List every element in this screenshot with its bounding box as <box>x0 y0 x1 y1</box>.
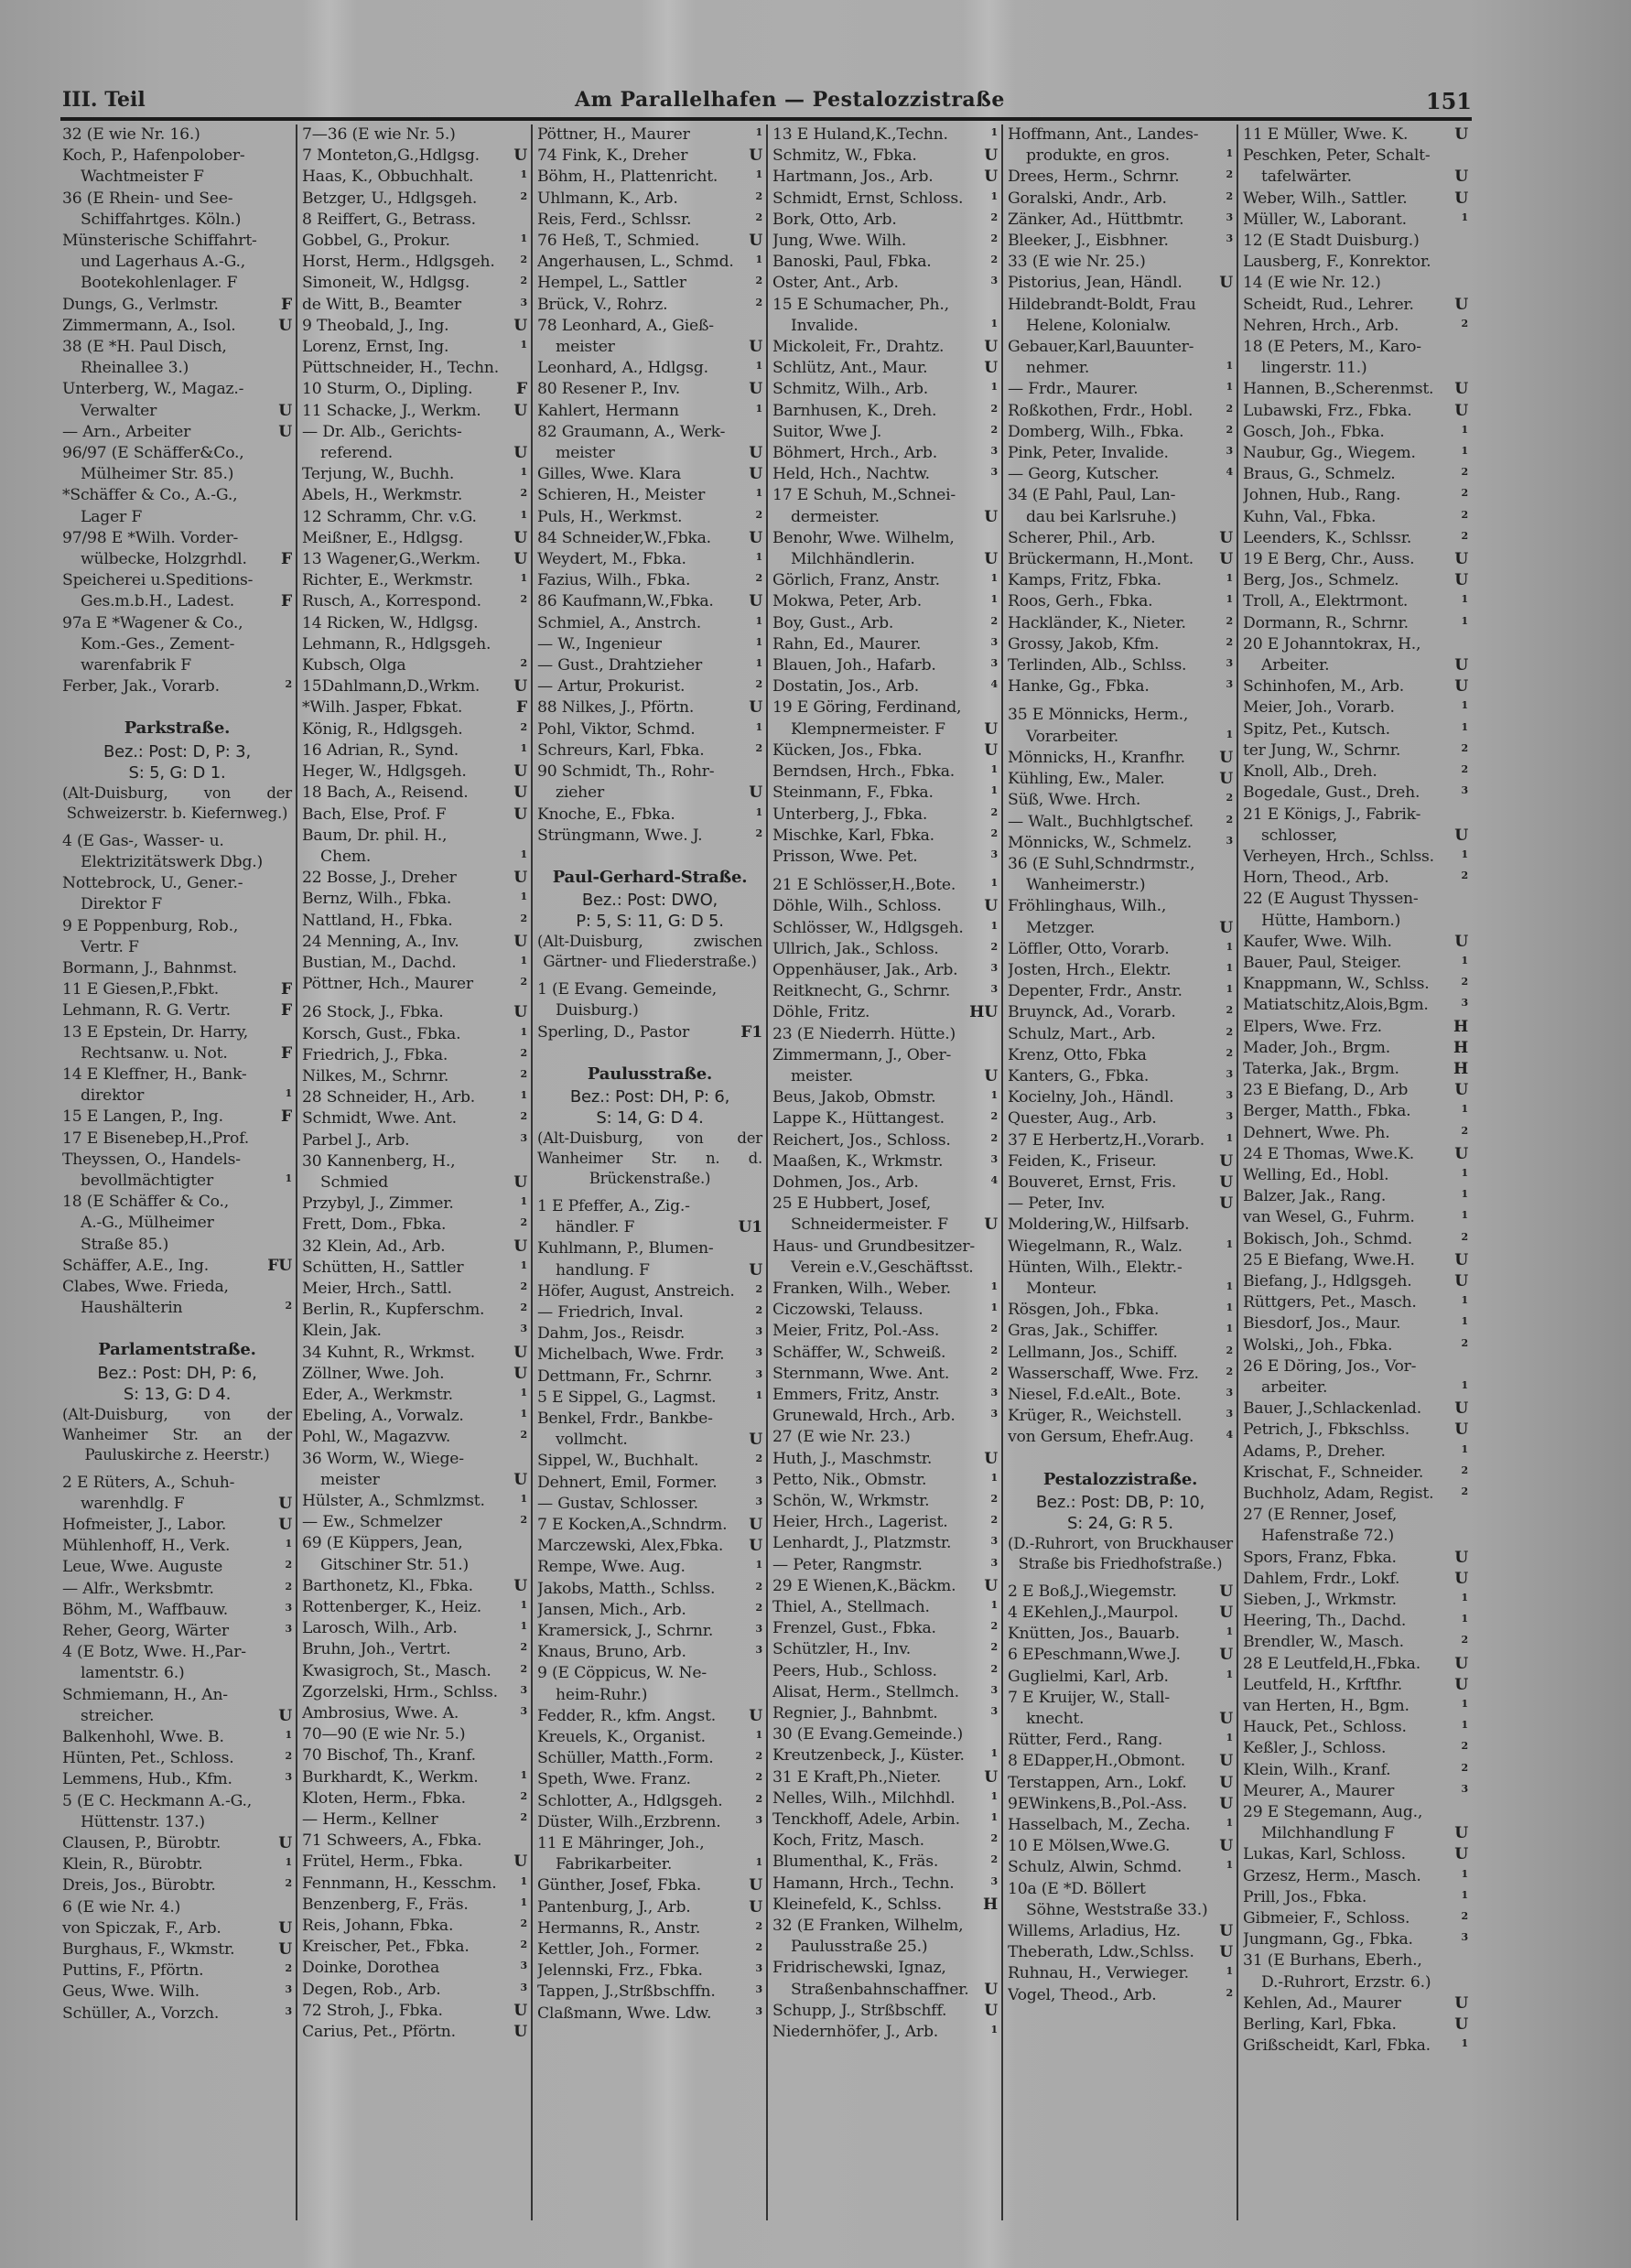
floor-marker: U <box>984 2001 998 2022</box>
floor-marker: 1 <box>756 1557 762 1575</box>
directory-entry: 7 Monteton,G.,Hdlgsg.U <box>302 146 527 167</box>
directory-entry: Brückermann, H.,Mont.U <box>1008 549 1233 570</box>
floor-marker: 2 <box>991 1831 998 1849</box>
floor-marker: U <box>984 719 998 740</box>
directory-entry: Tenckhoff, Adele, Arbin.1 <box>772 1809 998 1831</box>
entry-text: 18 (E Schäffer & Co., <box>62 1193 229 1211</box>
entry-text: Dehnert, Wwe. Ph. <box>1243 1124 1390 1142</box>
entry-text: Hamann, Hrch., Techn. <box>772 1874 954 1893</box>
floor-marker: 3 <box>991 1703 998 1722</box>
directory-entry: — W., Ingenieur1 <box>537 634 762 655</box>
page-number: 151 <box>1426 88 1472 114</box>
floor-marker: 2 <box>1226 634 1233 653</box>
directory-entry: Leue, Wwe. Auguste2 <box>62 1557 292 1578</box>
entry-text: Jelennski, Frz., Fbka. <box>537 1961 703 1980</box>
directory-entry: Sieben, J., Wrkmstr.1 <box>1243 1590 1468 1611</box>
entry-text: Wanheimerstr.) <box>1026 876 1145 894</box>
directory-entry: — Peter, Inv.U <box>1008 1193 1233 1215</box>
entry-text: — Gustav, Schlosser. <box>537 1495 698 1513</box>
directory-entry: 31 E Kraft,Ph.,Nieter.U <box>772 1767 998 1788</box>
directory-entry: Brück, V., Rohrz.2 <box>537 295 762 316</box>
entry-text: Höfer, August, Anstreich. <box>537 1282 735 1301</box>
entry-text: Dormann, R., Schrnr. <box>1243 614 1409 632</box>
directory-entry: Mülheimer Str. 85.) <box>62 464 292 485</box>
floor-marker: U <box>749 337 762 358</box>
directory-entry: Heier, Hrch., Lagerist.2 <box>772 1512 998 1533</box>
directory-entry: Fazius, Wilh., Fbka.2 <box>537 570 762 591</box>
directory-entry: Lehmann, R., Hdlgsgeh. <box>302 634 527 655</box>
entry-text: Frütel, Herm., Fbka. <box>302 1852 463 1871</box>
floor-marker: U <box>1454 167 1468 188</box>
floor-marker: 2 <box>521 655 527 674</box>
directory-entry: — Peter, Rangmstr.3 <box>772 1555 998 1576</box>
entry-text: Fazius, Wilh., Fbka. <box>537 571 690 589</box>
directory-entry: Bleeker, J., Eisbhner.3 <box>1008 231 1233 252</box>
directory-entry: Bootekohlenlager. F <box>62 273 292 294</box>
directory-entry: Lorenz, Ernst, Ing.1 <box>302 337 527 358</box>
directory-entry: Schlotter, A., Hdlgsgeh.2 <box>537 1791 762 1812</box>
directory-entry: Hoffmann, Ant., Landes- <box>1008 124 1233 146</box>
floor-marker: 1 <box>521 1491 527 1509</box>
floor-marker: 2 <box>756 273 762 291</box>
entry-text: 11 Schacke, J., Werkm. <box>302 402 481 420</box>
directory-entry: Eder, A., Werkmstr.1 <box>302 1385 527 1406</box>
floor-marker: U <box>984 146 998 167</box>
directory-entry: Kreuels, K., Organist.1 <box>537 1727 762 1748</box>
entry-text: Hasselbach, M., Zecha. <box>1008 1816 1191 1834</box>
directory-entry: 4 EKehlen,J.,Maurpol.U <box>1008 1603 1233 1624</box>
floor-marker: 2 <box>1462 1463 1468 1481</box>
directory-entry: Claßmann, Wwe. Ldw.3 <box>537 2003 762 2025</box>
directory-entry: Schulz, Mart., Arb.2 <box>1008 1024 1233 1045</box>
entry-text: Mickoleit, Fr., Drahtz. <box>772 338 944 356</box>
entry-text: 25 E Hubbert, Josef, <box>772 1194 931 1213</box>
entry-text: Kettler, Joh., Former. <box>537 1940 699 1959</box>
entry-text: meister <box>556 338 615 356</box>
floor-marker: 2 <box>1462 464 1468 482</box>
entry-text: Hünten, Wilh., Elektr.- <box>1008 1258 1183 1277</box>
entry-text: Barthonetz, Kl., Fbka. <box>302 1577 473 1595</box>
directory-entry: Reichert, Jos., Schloss.2 <box>772 1130 998 1151</box>
entry-text: Grossy, Jakob, Kfm. <box>1008 635 1159 653</box>
entry-text: Lubawski, Frz., Fbka. <box>1243 402 1412 420</box>
floor-marker: 2 <box>756 1918 762 1937</box>
entry-text: 36 (E Suhl,Schndrmstr., <box>1008 855 1194 873</box>
floor-marker: 2 <box>521 911 527 929</box>
floor-marker: U <box>984 1767 998 1788</box>
directory-entry: Rütter, Ferd., Rang.1 <box>1008 1730 1233 1751</box>
floor-marker: U <box>1454 1271 1468 1292</box>
floor-marker: 3 <box>521 1980 527 1998</box>
entry-text: Kramersick, J., Schrnr. <box>537 1622 713 1640</box>
entry-text: 26 E Döring, Jos., Vor- <box>1243 1357 1416 1376</box>
directory-entry: bevollmächtigter1 <box>62 1171 292 1192</box>
entry-text: 71 Schweers, A., Fbka. <box>302 1831 481 1850</box>
entry-text: Buchholz, Adam, Regist. <box>1243 1485 1433 1503</box>
directory-entry: 12 (E Stadt Duisburg.) <box>1243 231 1468 252</box>
directory-entry: Zöllner, Wwe. Joh.U <box>302 1364 527 1385</box>
entry-text: Kuhn, Val., Fbka. <box>1243 508 1376 526</box>
entry-text: warenhdlg. F <box>81 1495 184 1513</box>
entry-text: Sieben, J., Wrkmstr. <box>1243 1591 1397 1609</box>
entry-text: Braus, G., Schmelz. <box>1243 465 1396 483</box>
directory-entry: König, R., Hdlgsgeh.2 <box>302 719 527 740</box>
floor-marker: U <box>513 528 527 549</box>
floor-marker: U <box>278 1706 292 1727</box>
entry-text: Brückermann, H.,Mont. <box>1008 550 1194 568</box>
directory-entry: Wiegelmann, R., Walz.1 <box>1008 1237 1233 1258</box>
entry-text: Oppenhäuser, Jak., Arb. <box>772 961 957 979</box>
entry-text: Elektrizitätswerk Dbg.) <box>81 853 263 871</box>
entry-text: ter Jung, W., Schrnr. <box>1243 741 1400 760</box>
floor-marker: 1 <box>1226 591 1233 610</box>
entry-text: — Peter, Rangmstr. <box>772 1556 923 1574</box>
floor-marker: 3 <box>991 1874 998 1892</box>
directory-entry: Höfer, August, Anstreich.2 <box>537 1281 762 1302</box>
directory-entry: Knappmann, W., Schlss.2 <box>1243 974 1468 995</box>
directory-entry: 86 Kaufmann,W.,Fbka.U <box>537 591 762 612</box>
directory-entry: Rüttgers, Pet., Masch.1 <box>1243 1292 1468 1313</box>
floor-marker: 1 <box>286 1854 292 1873</box>
floor-marker: 1 <box>1462 1866 1468 1885</box>
floor-marker: 1 <box>521 231 527 249</box>
floor-marker: 1 <box>1462 1611 1468 1629</box>
entry-text: Püttschneider, H., Techn. <box>302 359 499 377</box>
floor-marker: 1 <box>1226 1963 1233 1982</box>
directory-entry: Niesel, F.d.eAlt., Bote.3 <box>1008 1385 1233 1406</box>
directory-entry: Berling, Karl, Fbka.U <box>1243 2014 1468 2036</box>
directory-entry: Schinhofen, M., Arb.U <box>1243 676 1468 697</box>
directory-entry: Koch, P., Hafenpolober- <box>62 146 292 167</box>
floor-marker: 2 <box>286 1748 292 1766</box>
directory-entry: Pöttner, H., Maurer1 <box>537 124 762 146</box>
entry-text: Roßkothen, Frdr., Hobl. <box>1008 402 1193 420</box>
floor-marker: U <box>1454 379 1468 400</box>
directory-entry: Invalide.1 <box>772 316 998 337</box>
entry-text: Scherer, Phil., Arb. <box>1008 529 1155 547</box>
directory-entry: 35 E Mönnicks, Herm., <box>1008 705 1233 726</box>
directory-entry: Ciczowski, Telauss.1 <box>772 1300 998 1321</box>
directory-entry: Pohl, Viktor, Schmd.1 <box>537 719 762 740</box>
directory-entry: van Herten, H., Bgm.1 <box>1243 1696 1468 1717</box>
entry-text: Böhm, M., Waffbauw. <box>62 1601 228 1619</box>
directory-entry: Oppenhäuser, Jak., Arb.3 <box>772 960 998 981</box>
floor-marker: U <box>513 868 527 889</box>
directory-entry: Dehnert, Wwe. Ph.2 <box>1243 1123 1468 1144</box>
floor-marker: 2 <box>1462 316 1468 334</box>
directory-entry: Larosch, Wilh., Arb.1 <box>302 1618 527 1639</box>
floor-marker: 1 <box>286 1171 292 1189</box>
entry-text: Böhmert, Hrch., Arb. <box>772 444 937 462</box>
directory-entry: Quester, Aug., Arb.3 <box>1008 1108 1233 1129</box>
floor-marker: U <box>513 805 527 826</box>
directory-entry: Baum, Dr. phil. H., <box>302 826 527 847</box>
entry-text: Suitor, Wwe J. <box>772 423 881 441</box>
entry-text: 80 Resener P., Inv. <box>537 380 680 398</box>
directory-entry: Chem.1 <box>302 847 527 868</box>
directory-entry: 6 EPeschmann,Wwe.J.U <box>1008 1645 1233 1666</box>
directory-entry: Dostatin, Jos., Arb.4 <box>772 676 998 697</box>
directory-entry: 76 Heß, T., Schmied.U <box>537 231 762 252</box>
directory-entry: Hünten, Pet., Schloss.2 <box>62 1748 292 1769</box>
directory-entry: Prill, Jos., Fbka.1 <box>1243 1887 1468 1908</box>
entry-text: Milchhändlerin. <box>791 550 915 568</box>
directory-entry: 11 E Giesen,P.,Fbkt.F <box>62 979 292 1000</box>
directory-entry: Knoche, E., Fbka.1 <box>537 805 762 826</box>
floor-marker: 1 <box>756 124 762 143</box>
directory-entry: 11 E Mähringer, Joh., <box>537 1833 762 1854</box>
directory-entry: Hempel, L., Sattler2 <box>537 273 762 294</box>
entry-text: Hackländer, K., Nieter. <box>1008 614 1186 632</box>
entry-text: Drees, Herm., Schrnr. <box>1008 167 1180 186</box>
directory-entry: Zänker, Ad., Hüttbmtr.3 <box>1008 210 1233 231</box>
street-heading: Parkstraße. <box>62 718 292 739</box>
directory-entry: Knoll, Alb., Dreh.2 <box>1243 761 1468 783</box>
directory-entry: Ambrosius, Wwe. A.3 <box>302 1703 527 1724</box>
directory-entry: von Gersum, Ehefr.Aug.4 <box>1008 1427 1233 1448</box>
entry-text: 13 E Huland,K.,Techn. <box>772 125 948 144</box>
directory-entry: Müller, W., Laborant.1 <box>1243 210 1468 231</box>
floor-marker: 1 <box>1462 422 1468 440</box>
directory-entry: 36 (E Suhl,Schndrmstr., <box>1008 854 1233 875</box>
directory-entry: Schön, W., Wrkmstr.2 <box>772 1491 998 1512</box>
floor-marker: 1 <box>1462 1377 1468 1396</box>
entry-text: Meier, Fritz, Pol.-Ass. <box>772 1322 939 1340</box>
floor-marker: 1 <box>1462 1590 1468 1608</box>
floor-marker: 2 <box>1226 1985 1233 2003</box>
floor-marker: 2 <box>521 1916 527 1934</box>
entry-text: Paulusstraße 25.) <box>791 1938 927 1956</box>
entry-text: 13 E Epstein, Dr. Harry, <box>62 1023 248 1042</box>
directory-entry: Beus, Jakob, Obmstr.1 <box>772 1087 998 1108</box>
floor-marker: 2 <box>756 1748 762 1766</box>
directory-entry: Sperling, D., PastorF1 <box>537 1022 762 1043</box>
floor-marker: U <box>513 1364 527 1385</box>
entry-text: Söhne, Weststraße 33.) <box>1026 1901 1207 1919</box>
entry-text: Reis, Johann, Fbka. <box>302 1917 453 1935</box>
directory-entry: 32 (E Franken, Wilhelm, <box>772 1916 998 1937</box>
entry-text: Leonhard, A., Hdlgsg. <box>537 359 708 377</box>
entry-text: Dreis, Jos., Bürobtr. <box>62 1876 216 1895</box>
entry-text: Grzesz, Herm., Masch. <box>1243 1867 1421 1885</box>
entry-text: Gebauer,Karl,Bauunter- <box>1008 338 1194 356</box>
entry-text: Schüller, A., Vorzch. <box>62 2004 219 2023</box>
entry-text: Verwalter <box>81 402 157 420</box>
directory-entry: 9 Theobald, J., Ing.U <box>302 316 527 337</box>
directory-entry: Hafenstraße 72.) <box>1243 1526 1468 1547</box>
entry-text: *Schäffer & Co., A.-G., <box>62 486 237 504</box>
entry-text: Verheyen, Hrch., Schlss. <box>1243 848 1434 866</box>
floor-marker: 3 <box>1226 1066 1233 1085</box>
entry-text: Schütten, H., Sattler <box>302 1258 463 1277</box>
floor-marker: 3 <box>521 1130 527 1149</box>
floor-marker: 3 <box>1226 1385 1233 1403</box>
floor-marker: 1 <box>286 1727 292 1745</box>
floor-marker: 1 <box>521 953 527 971</box>
directory-entry: Pöttner, Hch., Maurer2 <box>302 974 527 995</box>
entry-text: Theyssen, O., Handels- <box>62 1150 241 1169</box>
entry-text: 6 EPeschmann,Wwe.J. <box>1008 1646 1181 1664</box>
directory-entry: Bruhn, Joh., Vertrt.2 <box>302 1639 527 1660</box>
entry-text: Blumenthal, K., Fräs. <box>772 1852 938 1871</box>
directory-entry: 15 E Schumacher, Ph., <box>772 295 998 316</box>
directory-entry: Nattland, H., Fbka.2 <box>302 911 527 932</box>
directory-entry: 90 Schmidt, Th., Rohr- <box>537 761 762 783</box>
entry-text: Steinmann, F., Fbka. <box>772 783 934 802</box>
floor-marker: 1 <box>991 1788 998 1807</box>
entry-text: Schulz, Mart., Arb. <box>1008 1025 1156 1043</box>
directory-entry: Hütte, Hamborn.) <box>1243 911 1468 932</box>
directory-entry: Domberg, Wilh., Fbka.2 <box>1008 422 1233 443</box>
floor-marker: 3 <box>756 2003 762 2022</box>
directory-entry: von Spiczak, F., Arb.U <box>62 1918 292 1939</box>
floor-marker: U <box>278 1918 292 1939</box>
directory-entry: Püttschneider, H., Techn. <box>302 358 527 379</box>
entry-text: 37 E Herbertz,H.,Vorarb. <box>1008 1131 1204 1150</box>
entry-text: — Peter, Inv. <box>1008 1194 1105 1213</box>
floor-marker: 1 <box>756 634 762 653</box>
floor-marker: U <box>749 783 762 804</box>
directory-entry: Unterberg, W., Magaz.- <box>62 379 292 400</box>
entry-text: 21 E Königs, J., Fabrik- <box>1243 805 1420 824</box>
entry-text: Dohmen, Jos., Arb. <box>772 1173 919 1192</box>
floor-marker: U <box>749 146 762 167</box>
entry-text: 28 E Leutfeld,H.,Fbka. <box>1243 1655 1420 1673</box>
entry-text: 24 E Thomas, Wwe.K. <box>1243 1145 1414 1163</box>
directory-entry: Schiffahrtges. Köln.) <box>62 210 292 231</box>
directory-entry: Frütel, Herm., Fbka.U <box>302 1852 527 1873</box>
directory-entry: Naubur, Gg., Wiegem.1 <box>1243 443 1468 464</box>
floor-marker: 3 <box>1226 833 1233 851</box>
floor-marker: 1 <box>756 358 762 376</box>
floor-marker: 3 <box>1226 1108 1233 1127</box>
entry-text: Rütter, Ferd., Rang. <box>1008 1731 1162 1749</box>
directory-entry: Lausberg, F., Konrektor. <box>1243 252 1468 273</box>
directory-entry: 36 Worm, W., Wiege- <box>302 1449 527 1470</box>
directory-entry: Theberath, Ldw.,Schlss.U <box>1008 1942 1233 1963</box>
directory-entry: Tappen, J.,Strßbschffn.3 <box>537 1982 762 2003</box>
floor-marker: 2 <box>991 1364 998 1382</box>
directory-entry: Grißscheidt, Karl, Fbka.1 <box>1243 2036 1468 2057</box>
entry-text: — Dr. Alb., Gerichts- <box>302 423 462 441</box>
floor-marker: 3 <box>1462 995 1468 1013</box>
floor-marker: 3 <box>756 1366 762 1385</box>
entry-text: Nottebrock, U., Gener.- <box>62 874 243 892</box>
entry-text: Straße 85.) <box>81 1236 168 1254</box>
directory-entry: Biefang, J., Hdlgsgeh.U <box>1243 1271 1468 1292</box>
entry-text: — Walt., Buchhlgtschef. <box>1008 813 1194 831</box>
directory-entry: Frenzel, Gust., Fbka.2 <box>772 1618 998 1639</box>
floor-marker: 4 <box>991 676 998 695</box>
directory-entry: Nottebrock, U., Gener.- <box>62 873 292 894</box>
floor-marker: 1 <box>1226 960 1233 978</box>
entry-text: Hempel, L., Sattler <box>537 274 686 292</box>
entry-text: 4 (E Botz, Wwe. H.,Par- <box>62 1643 246 1661</box>
floor-marker: U <box>1219 549 1233 570</box>
floor-marker: 2 <box>756 1302 762 1321</box>
entry-text: 12 (E Stadt Duisburg.) <box>1243 232 1420 250</box>
entry-text: Dungs, G., Verlmstr. <box>62 296 219 314</box>
entry-text: meister <box>320 1471 380 1489</box>
floor-marker: 2 <box>991 1512 998 1530</box>
floor-marker: 1 <box>1226 379 1233 397</box>
directory-entry: Clabes, Wwe. Frieda, <box>62 1277 292 1298</box>
entry-text: Carius, Pet., Pförtn. <box>302 2023 456 2041</box>
directory-entry: Grzesz, Herm., Masch.1 <box>1243 1866 1468 1887</box>
entry-text: Claßmann, Wwe. Ldw. <box>537 2004 711 2023</box>
directory-entry: meisterU <box>537 443 762 464</box>
directory-entry: 13 E Huland,K.,Techn.1 <box>772 124 998 146</box>
directory-entry: Terjung, W., Buchh.1 <box>302 464 527 485</box>
floor-marker: 2 <box>991 1852 998 1870</box>
entry-text: 15 E Langen, P., Ing. <box>62 1107 223 1126</box>
floor-marker: 1 <box>521 1895 527 1913</box>
entry-text: Dahm, Jos., Reisdr. <box>537 1324 685 1343</box>
directory-entry: Huth, J., Maschmstr.U <box>772 1449 998 1470</box>
directory-entry: Kühling, Ew., Maler.U <box>1008 769 1233 790</box>
floor-marker: 2 <box>1462 485 1468 503</box>
floor-marker: U <box>749 1260 762 1281</box>
entry-text: Nilkes, M., Schrnr. <box>302 1067 448 1085</box>
floor-marker: 1 <box>521 337 527 355</box>
entry-text: Döhle, Wilh., Schloss. <box>772 897 942 915</box>
directory-entry: Rahn, Ed., Maurer.3 <box>772 634 998 655</box>
floor-marker: 1 <box>756 401 762 419</box>
entry-text: Grunewald, Hrch., Arb. <box>772 1407 956 1425</box>
entry-text: 76 Heß, T., Schmied. <box>537 232 699 250</box>
floor-marker: U <box>278 1833 292 1854</box>
floor-marker: U <box>1454 401 1468 422</box>
directory-entry: Schulz, Alwin, Schmd.1 <box>1008 1857 1233 1878</box>
entry-text: Scheidt, Rud., Lehrer. <box>1243 296 1414 314</box>
entry-text: Willems, Arladius, Hz. <box>1008 1922 1181 1940</box>
entry-text: Hannen, B.,Scherenmst. <box>1243 380 1433 398</box>
directory-entry: lamentstr. 6.) <box>62 1663 292 1684</box>
directory-entry: *Wilh. Jasper, Fbkat.F <box>302 697 527 718</box>
directory-entry: 80 Resener P., Inv.U <box>537 379 762 400</box>
directory-entry: und Lagerhaus A.-G., <box>62 252 292 273</box>
entry-text: Düster, Wilh.,Erzbrenn. <box>537 1813 721 1831</box>
directory-entry: Speicherei u.Speditions- <box>62 570 292 591</box>
directory-entry: Mönnicks, H., Kranfhr.U <box>1008 748 1233 769</box>
floor-marker: U <box>1219 1921 1233 1942</box>
directory-entry: Ruhnau, H., Verwieger.1 <box>1008 1963 1233 1984</box>
entry-text: Ullrich, Jak., Schloss. <box>772 940 939 958</box>
directory-entry: Kloten, Herm., Fbka.2 <box>302 1788 527 1809</box>
floor-marker: 1 <box>756 549 762 567</box>
entry-text: 97/98 E *Wilh. Vorder- <box>62 529 238 547</box>
floor-marker: 3 <box>991 1682 998 1701</box>
entry-text: Gibmeier, F., Schloss. <box>1243 1909 1410 1928</box>
entry-text: — Ew., Schmelzer <box>302 1513 442 1531</box>
entry-text: Adams, P., Dreher. <box>1243 1442 1386 1461</box>
floor-marker: 3 <box>1226 210 1233 228</box>
directory-entry: Angerhausen, L., Schmd.1 <box>537 252 762 273</box>
entry-text: Fridrischewski, Ignaz, <box>772 1959 946 1977</box>
entry-text: — Frdr., Maurer. <box>1008 380 1138 398</box>
entry-text: Taterka, Jak., Brgm. <box>1243 1060 1399 1078</box>
entry-text: Zgorzelski, Hrm., Schlss. <box>302 1683 498 1701</box>
directory-entry: 10a (E *D. Böllert <box>1008 1879 1233 1900</box>
floor-marker: 3 <box>991 847 998 865</box>
floor-marker: 2 <box>1226 790 1233 808</box>
entry-text: Simoneit, W., Hdlgsg. <box>302 274 470 292</box>
directory-entry: 21 E Schlösser,H.,Bote.1 <box>772 875 998 896</box>
directory-entry: Parbel J., Arb.3 <box>302 1130 527 1151</box>
entry-text: Klempnermeister. F <box>791 720 945 739</box>
floor-marker: U <box>749 443 762 464</box>
entry-text: Prill, Jos., Fbka. <box>1243 1888 1366 1906</box>
